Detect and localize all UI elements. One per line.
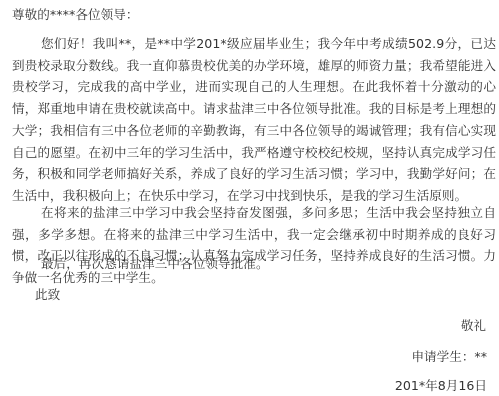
letter-closing: 此致: [35, 284, 60, 305]
letter-paragraph-intro: 您们好！我叫**，是**中学201*级应届毕业生；我今年中考成绩502.9分，已…: [12, 33, 496, 207]
letter-date: 201*年8月16日: [395, 375, 487, 396]
letter-paragraph-final-request: 最后，再次恳请盐津三中各位领导批准。: [12, 253, 496, 275]
letter-applicant-signature: 申请学生：**: [411, 346, 487, 367]
letter-regards: 敬礼: [461, 315, 486, 336]
letter-paragraph-future: 在将来的盐津三中学习中我会坚持奋发图强，多问多思；生活中我会坚持独立自强，多学多…: [12, 202, 496, 289]
letter-salutation: 尊敬的****各位领导：: [12, 4, 139, 25]
